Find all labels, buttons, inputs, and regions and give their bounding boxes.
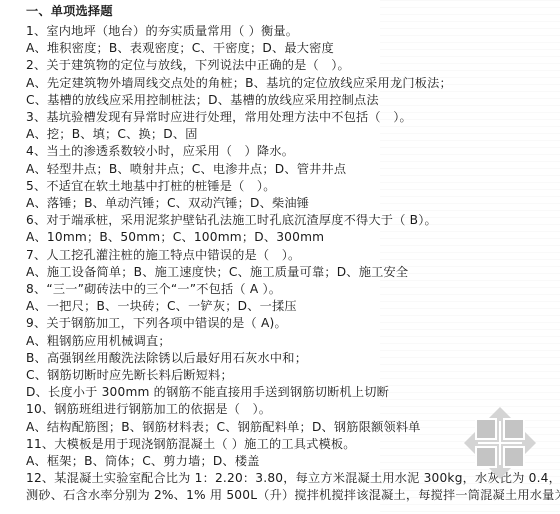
document-line: 11、大模板是用于现浇钢筋混凝土（ ）施工的工具式模板。	[26, 436, 356, 453]
document-line: D、长度小于 300mm 的钢筋不能直接用手送到钢筋切断机上切断	[26, 384, 389, 401]
section-title: 一、单项选择题	[26, 3, 113, 20]
document-line: 2、关于建筑物的定位与放线，下列说法中正确的是（ ）。	[26, 57, 350, 74]
document-line: A、落锤；B、单动汽锤；C、双动汽锤；D、柴油锤	[26, 195, 309, 212]
document-line: A、结构配筋图；B、钢筋材料表；C、钢筋配料单；D、钢筋限额领料单	[26, 419, 421, 436]
document-line: A、一把尺；B、一块砖；C、一铲灰；D、一揉压	[26, 298, 297, 315]
document-line: 8、“三一”砌砖法中的三个“一”不包括（ A ）。	[26, 281, 281, 298]
document-line: 1、室内地坪（地台）的夯实质量常用（ ）衡量。	[26, 23, 298, 40]
document-line: 10、钢筋班组进行钢筋加工的依据是（ ）。	[26, 401, 271, 418]
document-line: 4、当土的渗透系数较小时，应采用（ ）降水。	[26, 143, 294, 160]
document-line: A、粗钢筋应用机械调直；	[26, 333, 171, 350]
document-line: A、堆积密度；B、表观密度；C、干密度；D、最大密度	[26, 40, 334, 57]
document-line: A、框架；B、筒体；C、剪力墙；D、楼盖	[26, 453, 260, 470]
document-line: A、先定建筑物外墙周线交点处的角桩；B、基坑的定位放线应采用龙门板法；	[26, 75, 452, 92]
document-line: B、高强钢丝用酸洗法除锈以后最好用石灰水中和；	[26, 350, 307, 367]
document-line: C、钢筋切断时应先断长料后断短料；	[26, 367, 233, 384]
document-line: 5、不适宜在软土地基中打桩的桩锤是（ ）。	[26, 178, 276, 195]
watermark-logo-icon	[462, 405, 538, 481]
document-line: C、基槽的放线应采用控制桩法；D、基槽的放线应采用控制点法	[26, 92, 379, 109]
document-line: A、挖；B、填；C、换；D、固	[26, 126, 198, 143]
document-line: 6、对于端承桩，采用泥浆护壁钻孔法施工时孔底沉渣厚度不得大于（ B）。	[26, 212, 437, 229]
document-line: A、施工设备简单；B、施工速度快；C、施工质量可靠；D、施工安全	[26, 264, 408, 281]
document-line: 3、基坑验槽发现有异常时应进行处理，常用处理方法中不包括（ ）。	[26, 109, 412, 126]
document-line: 7、人工挖孔灌注桩的施工特点中错误的是（ ）。	[26, 247, 300, 264]
document-line: A、10mm；B、50mm；C、100mm；D、300mm	[26, 229, 324, 246]
document-line: 测砂、石含水率分别为 2%、1% 用 500L（升）搅拌机搅拌该混凝土，每搅拌一…	[26, 487, 560, 504]
document-line: 9、关于钢筋加工，下列各项中错误的是（ A)。	[26, 315, 287, 332]
document-line: A、轻型井点；B、喷射井点；C、电渗井点；D、管井井点	[26, 161, 346, 178]
